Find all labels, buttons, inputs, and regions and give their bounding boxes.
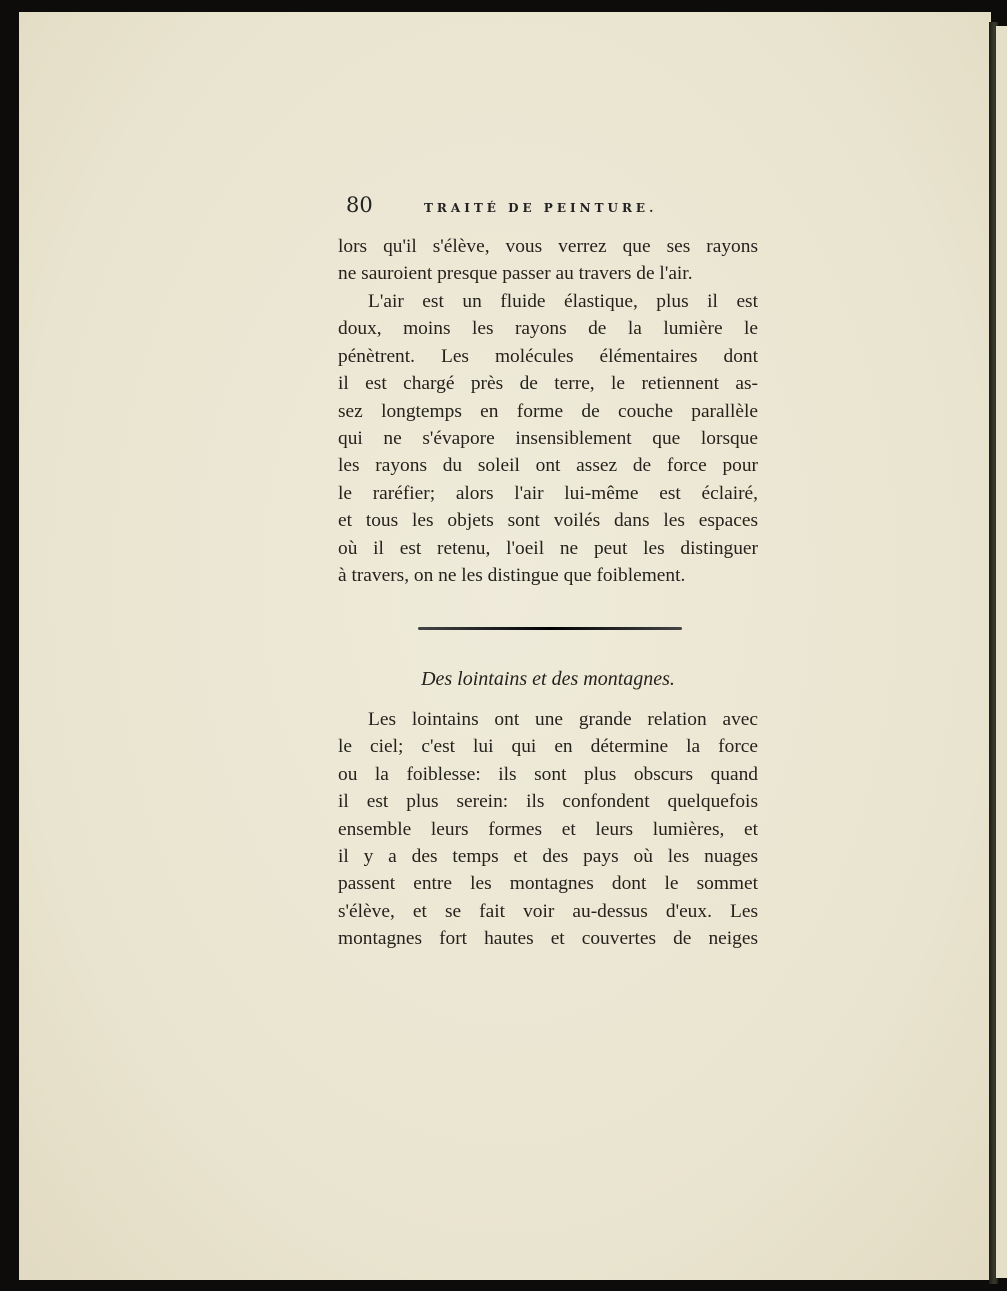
section-title: Des lointains et des montagnes. — [338, 668, 758, 691]
text-line: s'élève, et se fait voir au-dessus d'eux… — [338, 898, 758, 925]
text-line: doux, moins les rayons de la lumière le — [338, 315, 758, 342]
text-line: montagnes fort hautes et couvertes de ne… — [338, 925, 758, 952]
text-line: L'air est un fluide élastique, plus il e… — [338, 288, 758, 315]
text-line: qui ne s'évapore insensiblement que lors… — [338, 425, 758, 452]
text-line: lors qu'il s'élève, vous verrez que ses … — [338, 233, 758, 260]
text-line: le ciel; c'est lui qui en détermine la f… — [338, 733, 758, 760]
text-line: ou la foiblesse: ils sont plus obscurs q… — [338, 761, 758, 788]
paragraph-1: lors qu'il s'élève, vous verrez que ses … — [338, 233, 758, 288]
text-line: passent entre les montagnes dont le somm… — [338, 870, 758, 897]
text-line: pénètrent. Les molécules élémentaires do… — [338, 343, 758, 370]
paragraph-3: Les lointains ont une grande relation av… — [338, 706, 758, 953]
text-line: et tous les objets sont voilés dans les … — [338, 507, 758, 534]
text-line: où il est retenu, l'oeil ne peut les dis… — [338, 535, 758, 562]
text-line: il est chargé près de terre, le retienne… — [338, 370, 758, 397]
paragraph-2: L'air est un fluide élastique, plus il e… — [338, 288, 758, 589]
section-divider — [418, 627, 682, 630]
text-line: le raréfier; alors l'air lui-même est éc… — [338, 480, 758, 507]
text-line: il y a des temps et des pays où les nuag… — [338, 843, 758, 870]
next-page-edge — [996, 26, 1007, 1278]
text-line: à travers, on ne les distingue que foibl… — [338, 562, 758, 589]
text-line: Les lointains ont une grande relation av… — [338, 706, 758, 733]
text-line: ensemble leurs formes et leurs lumières,… — [338, 816, 758, 843]
text-line: il est plus serein: ils confondent quelq… — [338, 788, 758, 815]
running-head: TRAITÉ DE PEINTURE. — [424, 201, 657, 215]
text-line: les rayons du soleil ont assez de force … — [338, 452, 758, 479]
text-line: ne sauroient presque passer au travers d… — [338, 260, 758, 287]
page-header: 80 TRAITÉ DE PEINTURE. — [346, 193, 766, 223]
page-number: 80 — [346, 193, 373, 217]
text-line: sez longtemps en forme de couche parallè… — [338, 398, 758, 425]
